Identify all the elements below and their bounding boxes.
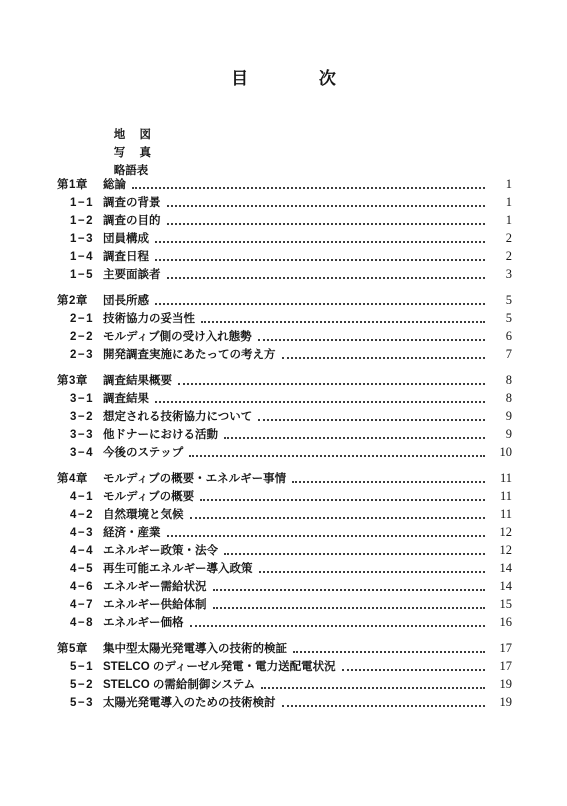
- toc-item-list: 1−1 調査の背景 1 1−2 調査の目的 1 1−3 団員構成 2 1−4 調…: [57, 193, 512, 283]
- chapter-number: 第3章: [57, 372, 90, 390]
- toc-item-number: 3−2: [70, 408, 97, 426]
- toc-chapter-heading: 第2章 団長所感 5: [57, 291, 512, 309]
- front-matter-list: 地 図 写 真 略語表: [57, 108, 512, 162]
- dotted-leader: [190, 625, 486, 627]
- toc-item-number: 4−8: [70, 614, 97, 632]
- page-number: 11: [490, 505, 512, 523]
- chapter-number: 第1章: [57, 176, 90, 194]
- toc-page: 目 次 地 図 写 真 略語表 第1章 総論 1 1−1 調査の背景 1 1−2…: [0, 0, 567, 806]
- toc-item-label: 団員構成: [103, 230, 149, 248]
- toc-item-label: 主要面談者: [103, 266, 161, 284]
- toc-item: 2−1 技術協力の妥当性 5: [57, 309, 512, 327]
- toc-item-list: 3−1 調査結果 8 3−2 想定される技術協力について 9 3−3 他ドナーに…: [57, 389, 512, 461]
- front-matter-label: 地 図: [114, 129, 151, 141]
- toc-item-number: 2−2: [70, 328, 97, 346]
- front-matter-label: 写 真: [114, 147, 151, 159]
- page-number: 16: [490, 613, 512, 631]
- toc-item-number: 5−1: [70, 658, 97, 676]
- dotted-leader: [155, 241, 485, 243]
- chapter-number: 第5章: [57, 640, 90, 658]
- toc-item-number: 2−1: [70, 310, 97, 328]
- toc-chapter-heading: 第4章 モルディブの概要・エネルギー事情 11: [57, 469, 512, 487]
- dotted-leader: [200, 499, 485, 501]
- chapter-title: 総論: [103, 176, 126, 194]
- toc-item-number: 4−3: [70, 524, 97, 542]
- dotted-leader: [293, 651, 485, 653]
- toc-item-label: 再生可能エネルギー導入政策: [103, 560, 253, 578]
- toc-item-number: 4−6: [70, 578, 97, 596]
- toc-item-label: 調査の背景: [103, 194, 161, 212]
- toc-section: 第4章 モルディブの概要・エネルギー事情 11 4−1 モルディブの概要 11 …: [57, 469, 512, 631]
- dotted-leader: [155, 259, 485, 261]
- chapter-title: モルディブの概要・エネルギー事情: [103, 470, 286, 488]
- toc-item: 1−4 調査日程 2: [57, 247, 512, 265]
- page-number: 7: [490, 345, 512, 363]
- chapter-title: 集中型太陽光発電導入の技術的検証: [103, 640, 287, 658]
- toc-item: 2−2 モルディブ側の受け入れ態勢 6: [57, 327, 512, 345]
- dotted-leader: [155, 401, 485, 403]
- page-number: 2: [490, 247, 512, 265]
- page-number: 6: [490, 327, 512, 345]
- page-number: 8: [490, 389, 512, 407]
- dotted-leader: [189, 455, 485, 457]
- page-number: 10: [490, 443, 512, 461]
- toc-item-number: 4−2: [70, 506, 97, 524]
- toc-item: 1−1 調査の背景 1: [57, 193, 512, 211]
- toc-item-label: 今後のステップ: [103, 444, 183, 462]
- toc-item-number: 1−5: [70, 266, 97, 284]
- toc-item-label: 他ドナーにおける活動: [103, 426, 218, 444]
- toc-item: 4−2 自然環境と気候 11: [57, 505, 512, 523]
- dotted-leader: [178, 383, 485, 385]
- dotted-leader: [155, 303, 485, 305]
- toc-item-label: エネルギー供給体制: [103, 596, 207, 614]
- chapter-number: 第4章: [57, 470, 90, 488]
- page-number: 5: [490, 291, 512, 309]
- page-number: 1: [490, 211, 512, 229]
- page-title: 目 次: [57, 68, 512, 90]
- chapter-title: 調査結果概要: [103, 372, 172, 390]
- dotted-leader: [224, 437, 485, 439]
- toc-item-label: 経済・産業: [103, 524, 161, 542]
- dotted-leader: [258, 419, 485, 421]
- toc-item-number: 5−3: [70, 694, 97, 712]
- toc-section: 第1章 総論 1 1−1 調査の背景 1 1−2 調査の目的 1 1−3 団員構…: [57, 175, 512, 283]
- toc-item-list: 2−1 技術協力の妥当性 5 2−2 モルディブ側の受け入れ態勢 6 2−3 開…: [57, 309, 512, 363]
- toc-item: 4−8 エネルギー価格 16: [57, 613, 512, 631]
- dotted-leader: [167, 277, 486, 279]
- page-number: 5: [490, 309, 512, 327]
- toc-item-label: 開発調査実施にあたっての考え方: [103, 346, 276, 364]
- dotted-leader: [282, 357, 486, 359]
- toc-item-label: エネルギー価格: [103, 614, 184, 632]
- toc-item-label: STELCO のディーゼル発電・電力送配電状況: [103, 658, 336, 676]
- toc-item: 4−5 再生可能エネルギー導入政策 14: [57, 559, 512, 577]
- dotted-leader: [261, 687, 485, 689]
- page-number: 12: [490, 523, 512, 541]
- toc-item-label: エネルギー需給状況: [103, 578, 207, 596]
- dotted-leader: [292, 481, 485, 483]
- dotted-leader: [190, 517, 486, 519]
- page-number: 17: [490, 639, 512, 657]
- toc-item: 2−3 開発調査実施にあたっての考え方 7: [57, 345, 512, 363]
- front-matter-item: 地 図: [57, 108, 512, 126]
- page-number: 19: [490, 675, 512, 693]
- chapter-number: 第2章: [57, 292, 90, 310]
- toc-item-label: モルディブの概要: [103, 488, 194, 506]
- toc-item-label: 太陽光発電導入のための技術検討: [103, 694, 276, 712]
- toc-section: 第5章 集中型太陽光発電導入の技術的検証 17 5−1 STELCO のディーゼ…: [57, 639, 512, 711]
- toc-item: 1−2 調査の目的 1: [57, 211, 512, 229]
- toc-section: 第3章 調査結果概要 8 3−1 調査結果 8 3−2 想定される技術協力につい…: [57, 371, 512, 461]
- toc-item: 4−3 経済・産業 12: [57, 523, 512, 541]
- dotted-leader: [167, 223, 486, 225]
- toc-section: 第2章 団長所感 5 2−1 技術協力の妥当性 5 2−2 モルディブ側の受け入…: [57, 291, 512, 363]
- page-number: 11: [490, 469, 512, 487]
- dotted-leader: [213, 607, 486, 609]
- page-number: 12: [490, 541, 512, 559]
- toc-item: 1−3 団員構成 2: [57, 229, 512, 247]
- toc-item: 5−1 STELCO のディーゼル発電・電力送配電状況 17: [57, 657, 512, 675]
- page-number: 9: [490, 425, 512, 443]
- toc-item-number: 4−4: [70, 542, 97, 560]
- chapter-title: 団長所感: [103, 292, 149, 310]
- page-number: 2: [490, 229, 512, 247]
- toc-item-label: モルディブ側の受け入れ態勢: [103, 328, 252, 346]
- page-number: 14: [490, 559, 512, 577]
- toc-chapter-heading: 第1章 総論 1: [57, 175, 512, 193]
- page-number: 14: [490, 577, 512, 595]
- dotted-leader: [167, 205, 486, 207]
- toc-item-label: 技術協力の妥当性: [103, 310, 195, 328]
- dotted-leader: [213, 589, 486, 591]
- page-number: 9: [490, 407, 512, 425]
- toc-chapter-heading: 第5章 集中型太陽光発電導入の技術的検証 17: [57, 639, 512, 657]
- page-number: 11: [490, 487, 512, 505]
- toc-item-number: 1−4: [70, 248, 97, 266]
- toc-item-label: 調査日程: [103, 248, 149, 266]
- toc-item-label: 調査結果: [103, 390, 149, 408]
- page-number: 8: [490, 371, 512, 389]
- page-number: 3: [490, 265, 512, 283]
- toc-item-number: 1−3: [70, 230, 97, 248]
- page-number: 1: [490, 193, 512, 211]
- dotted-leader: [132, 187, 485, 189]
- toc-item-label: STELCO の需給制御システム: [103, 676, 255, 694]
- toc-section-list: 第1章 総論 1 1−1 調査の背景 1 1−2 調査の目的 1 1−3 団員構…: [57, 175, 512, 711]
- dotted-leader: [224, 553, 485, 555]
- toc-item: 5−3 太陽光発電導入のための技術検討 19: [57, 693, 512, 711]
- page-number: 19: [490, 693, 512, 711]
- dotted-leader: [258, 339, 485, 341]
- dotted-leader: [167, 535, 486, 537]
- toc-item-label: 自然環境と気候: [103, 506, 184, 524]
- toc-item: 1−5 主要面談者 3: [57, 265, 512, 283]
- toc-item-list: 4−1 モルディブの概要 11 4−2 自然環境と気候 11 4−3 経済・産業…: [57, 487, 512, 631]
- toc-item-label: 想定される技術協力について: [103, 408, 252, 426]
- page-number: 17: [490, 657, 512, 675]
- toc-item: 4−1 モルディブの概要 11: [57, 487, 512, 505]
- toc-item: 3−4 今後のステップ 10: [57, 443, 512, 461]
- toc-item: 3−1 調査結果 8: [57, 389, 512, 407]
- dotted-leader: [259, 571, 486, 573]
- dotted-leader: [201, 321, 485, 323]
- toc-item-number: 4−7: [70, 596, 97, 614]
- toc-item-list: 5−1 STELCO のディーゼル発電・電力送配電状況 17 5−2 STELC…: [57, 657, 512, 711]
- toc-item-number: 3−4: [70, 444, 97, 462]
- toc-item-number: 4−5: [70, 560, 97, 578]
- dotted-leader: [342, 669, 485, 671]
- toc-item-label: エネルギー政策・法令: [103, 542, 218, 560]
- toc-item: 3−3 他ドナーにおける活動 9: [57, 425, 512, 443]
- toc-item-label: 調査の目的: [103, 212, 161, 230]
- page-number: 1: [490, 175, 512, 193]
- toc-item-number: 2−3: [70, 346, 97, 364]
- toc-item: 4−7 エネルギー供給体制 15: [57, 595, 512, 613]
- toc-item-number: 1−1: [70, 194, 97, 212]
- toc-item-number: 3−1: [70, 390, 97, 408]
- toc-chapter-heading: 第3章 調査結果概要 8: [57, 371, 512, 389]
- toc-item: 5−2 STELCO の需給制御システム 19: [57, 675, 512, 693]
- dotted-leader: [282, 705, 486, 707]
- toc-item: 4−6 エネルギー需給状況 14: [57, 577, 512, 595]
- page-number: 15: [490, 595, 512, 613]
- toc-item: 4−4 エネルギー政策・法令 12: [57, 541, 512, 559]
- toc-item: 3−2 想定される技術協力について 9: [57, 407, 512, 425]
- toc-item-number: 5−2: [70, 676, 97, 694]
- toc-item-number: 3−3: [70, 426, 97, 444]
- toc-item-number: 4−1: [70, 488, 97, 506]
- toc-item-number: 1−2: [70, 212, 97, 230]
